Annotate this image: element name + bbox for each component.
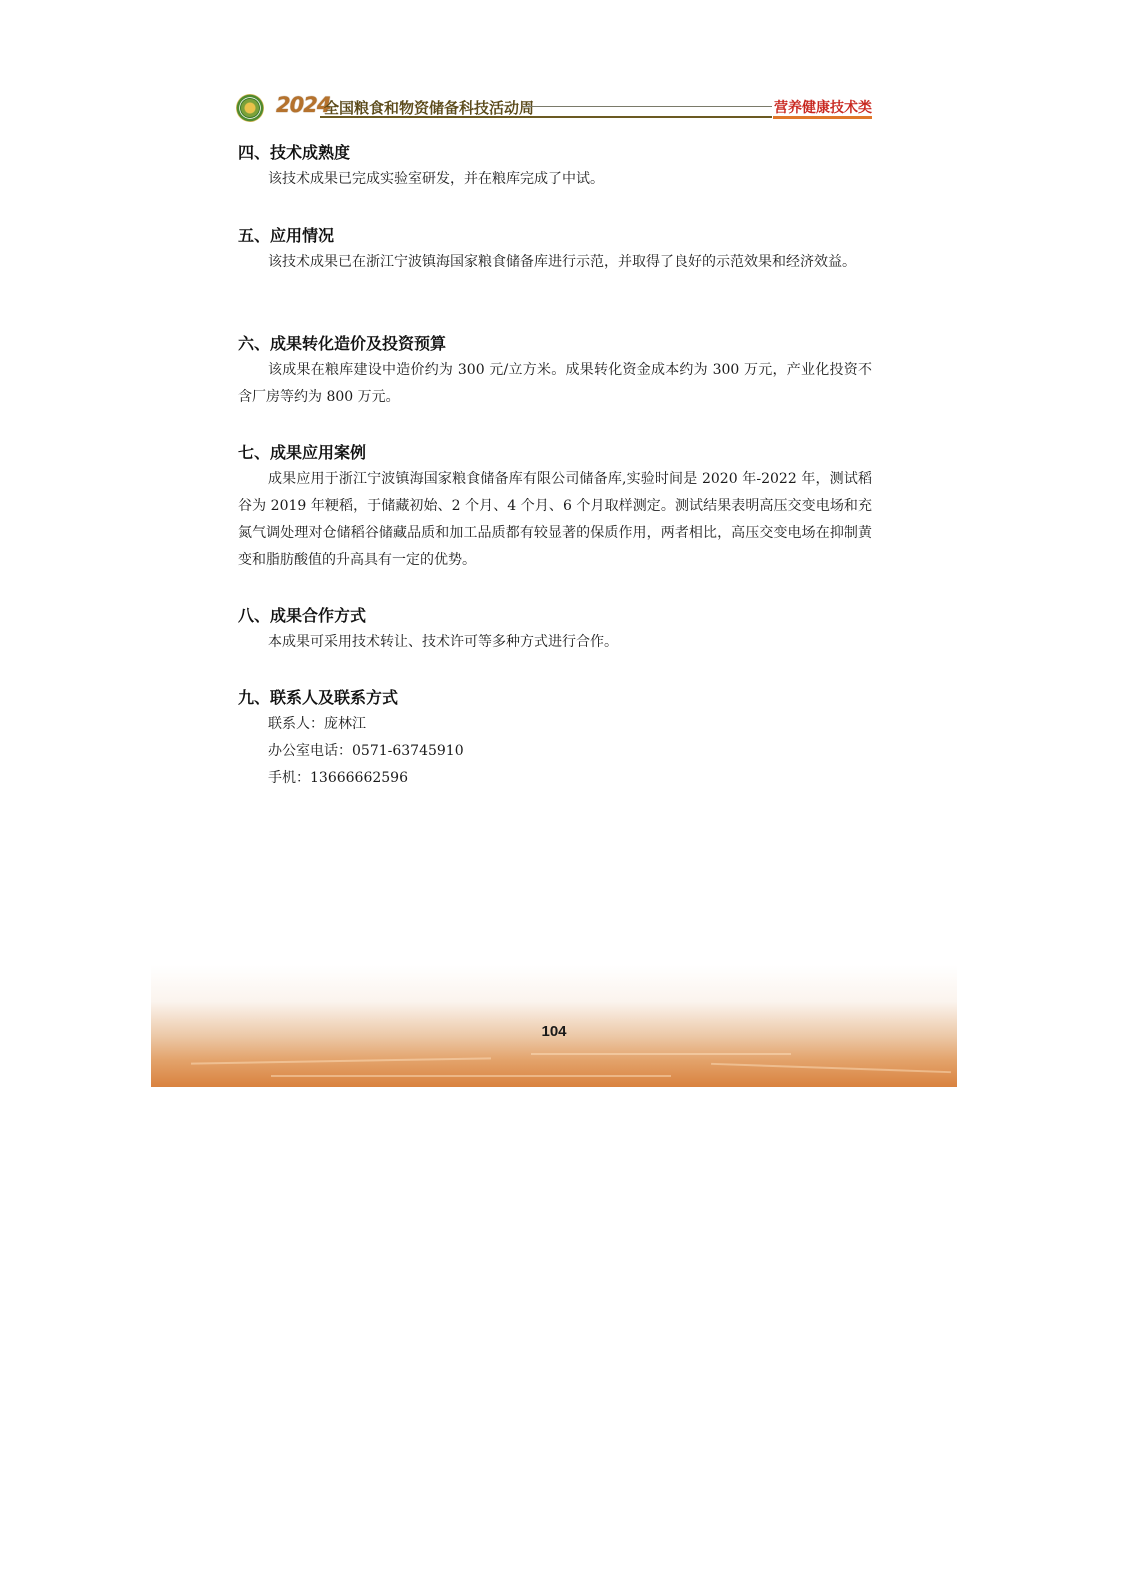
footer-decoration xyxy=(271,1075,671,1077)
section-heading: 六、成果转化造价及投资预算 xyxy=(238,331,872,357)
contact-office-phone: 办公室电话：0571-63745910 xyxy=(238,738,464,765)
section-paragraph: 成果应用于浙江宁波镇海国家粮食储备库有限公司储备库,实验时间是 2020 年-2… xyxy=(238,466,872,574)
page-number: 104 xyxy=(151,1023,957,1040)
section-heading: 八、成果合作方式 xyxy=(238,603,618,629)
footer-decoration xyxy=(711,1063,951,1073)
section-paragraph: 该技术成果已完成实验室研发，并在粮库完成了中试。 xyxy=(238,166,604,193)
header-divider xyxy=(524,106,772,107)
section-contact: 九、联系人及联系方式 联系人：庞林江 办公室电话：0571-63745910 手… xyxy=(238,685,464,792)
header-year: 2024 xyxy=(276,93,330,117)
section-paragraph: 该成果在粮库建设中造价约为 300 元/立方米。成果转化资金成本约为 300 万… xyxy=(238,357,872,411)
section-application: 五、应用情况 该技术成果已在浙江宁波镇海国家粮食储备库进行示范，并取得了良好的示… xyxy=(238,223,856,276)
contact-label: 手机： xyxy=(268,770,310,786)
section-cost-budget: 六、成果转化造价及投资预算 该成果在粮库建设中造价约为 300 元/立方米。成果… xyxy=(238,331,872,411)
section-heading: 七、成果应用案例 xyxy=(238,440,872,466)
contact-person: 联系人：庞林江 xyxy=(238,711,464,738)
contact-value: 13666662596 xyxy=(310,770,408,786)
footer-decoration xyxy=(531,1053,791,1055)
header-title: 全国粮食和物资储备科技活动周 xyxy=(324,97,534,118)
section-heading: 五、应用情况 xyxy=(238,223,856,249)
category-underline xyxy=(773,116,872,119)
footer-decoration xyxy=(191,1057,491,1064)
section-heading: 四、技术成熟度 xyxy=(238,140,604,166)
contact-label: 办公室电话： xyxy=(268,743,352,759)
section-case: 七、成果应用案例 成果应用于浙江宁波镇海国家粮食储备库有限公司储备库,实验时间是… xyxy=(238,440,872,574)
section-maturity: 四、技术成熟度 该技术成果已完成实验室研发，并在粮库完成了中试。 xyxy=(238,140,604,193)
page-footer: 104 xyxy=(151,965,957,1087)
contact-label: 联系人： xyxy=(268,716,324,732)
contact-mobile: 手机：13666662596 xyxy=(238,765,464,792)
contact-value: 0571-63745910 xyxy=(352,743,464,759)
header-underline xyxy=(320,116,772,118)
section-paragraph: 该技术成果已在浙江宁波镇海国家粮食储备库进行示范，并取得了良好的示范效果和经济效… xyxy=(238,249,856,276)
contact-value: 庞林江 xyxy=(324,716,366,732)
header-category: 营养健康技术类 xyxy=(774,97,872,117)
section-cooperation: 八、成果合作方式 本成果可采用技术转让、技术许可等多种方式进行合作。 xyxy=(238,603,618,656)
section-paragraph: 本成果可采用技术转让、技术许可等多种方式进行合作。 xyxy=(238,629,618,656)
section-heading: 九、联系人及联系方式 xyxy=(238,685,464,711)
logo-icon xyxy=(236,94,264,122)
page-header: 2024 全国粮食和物资储备科技活动周 营养健康技术类 xyxy=(236,92,872,122)
